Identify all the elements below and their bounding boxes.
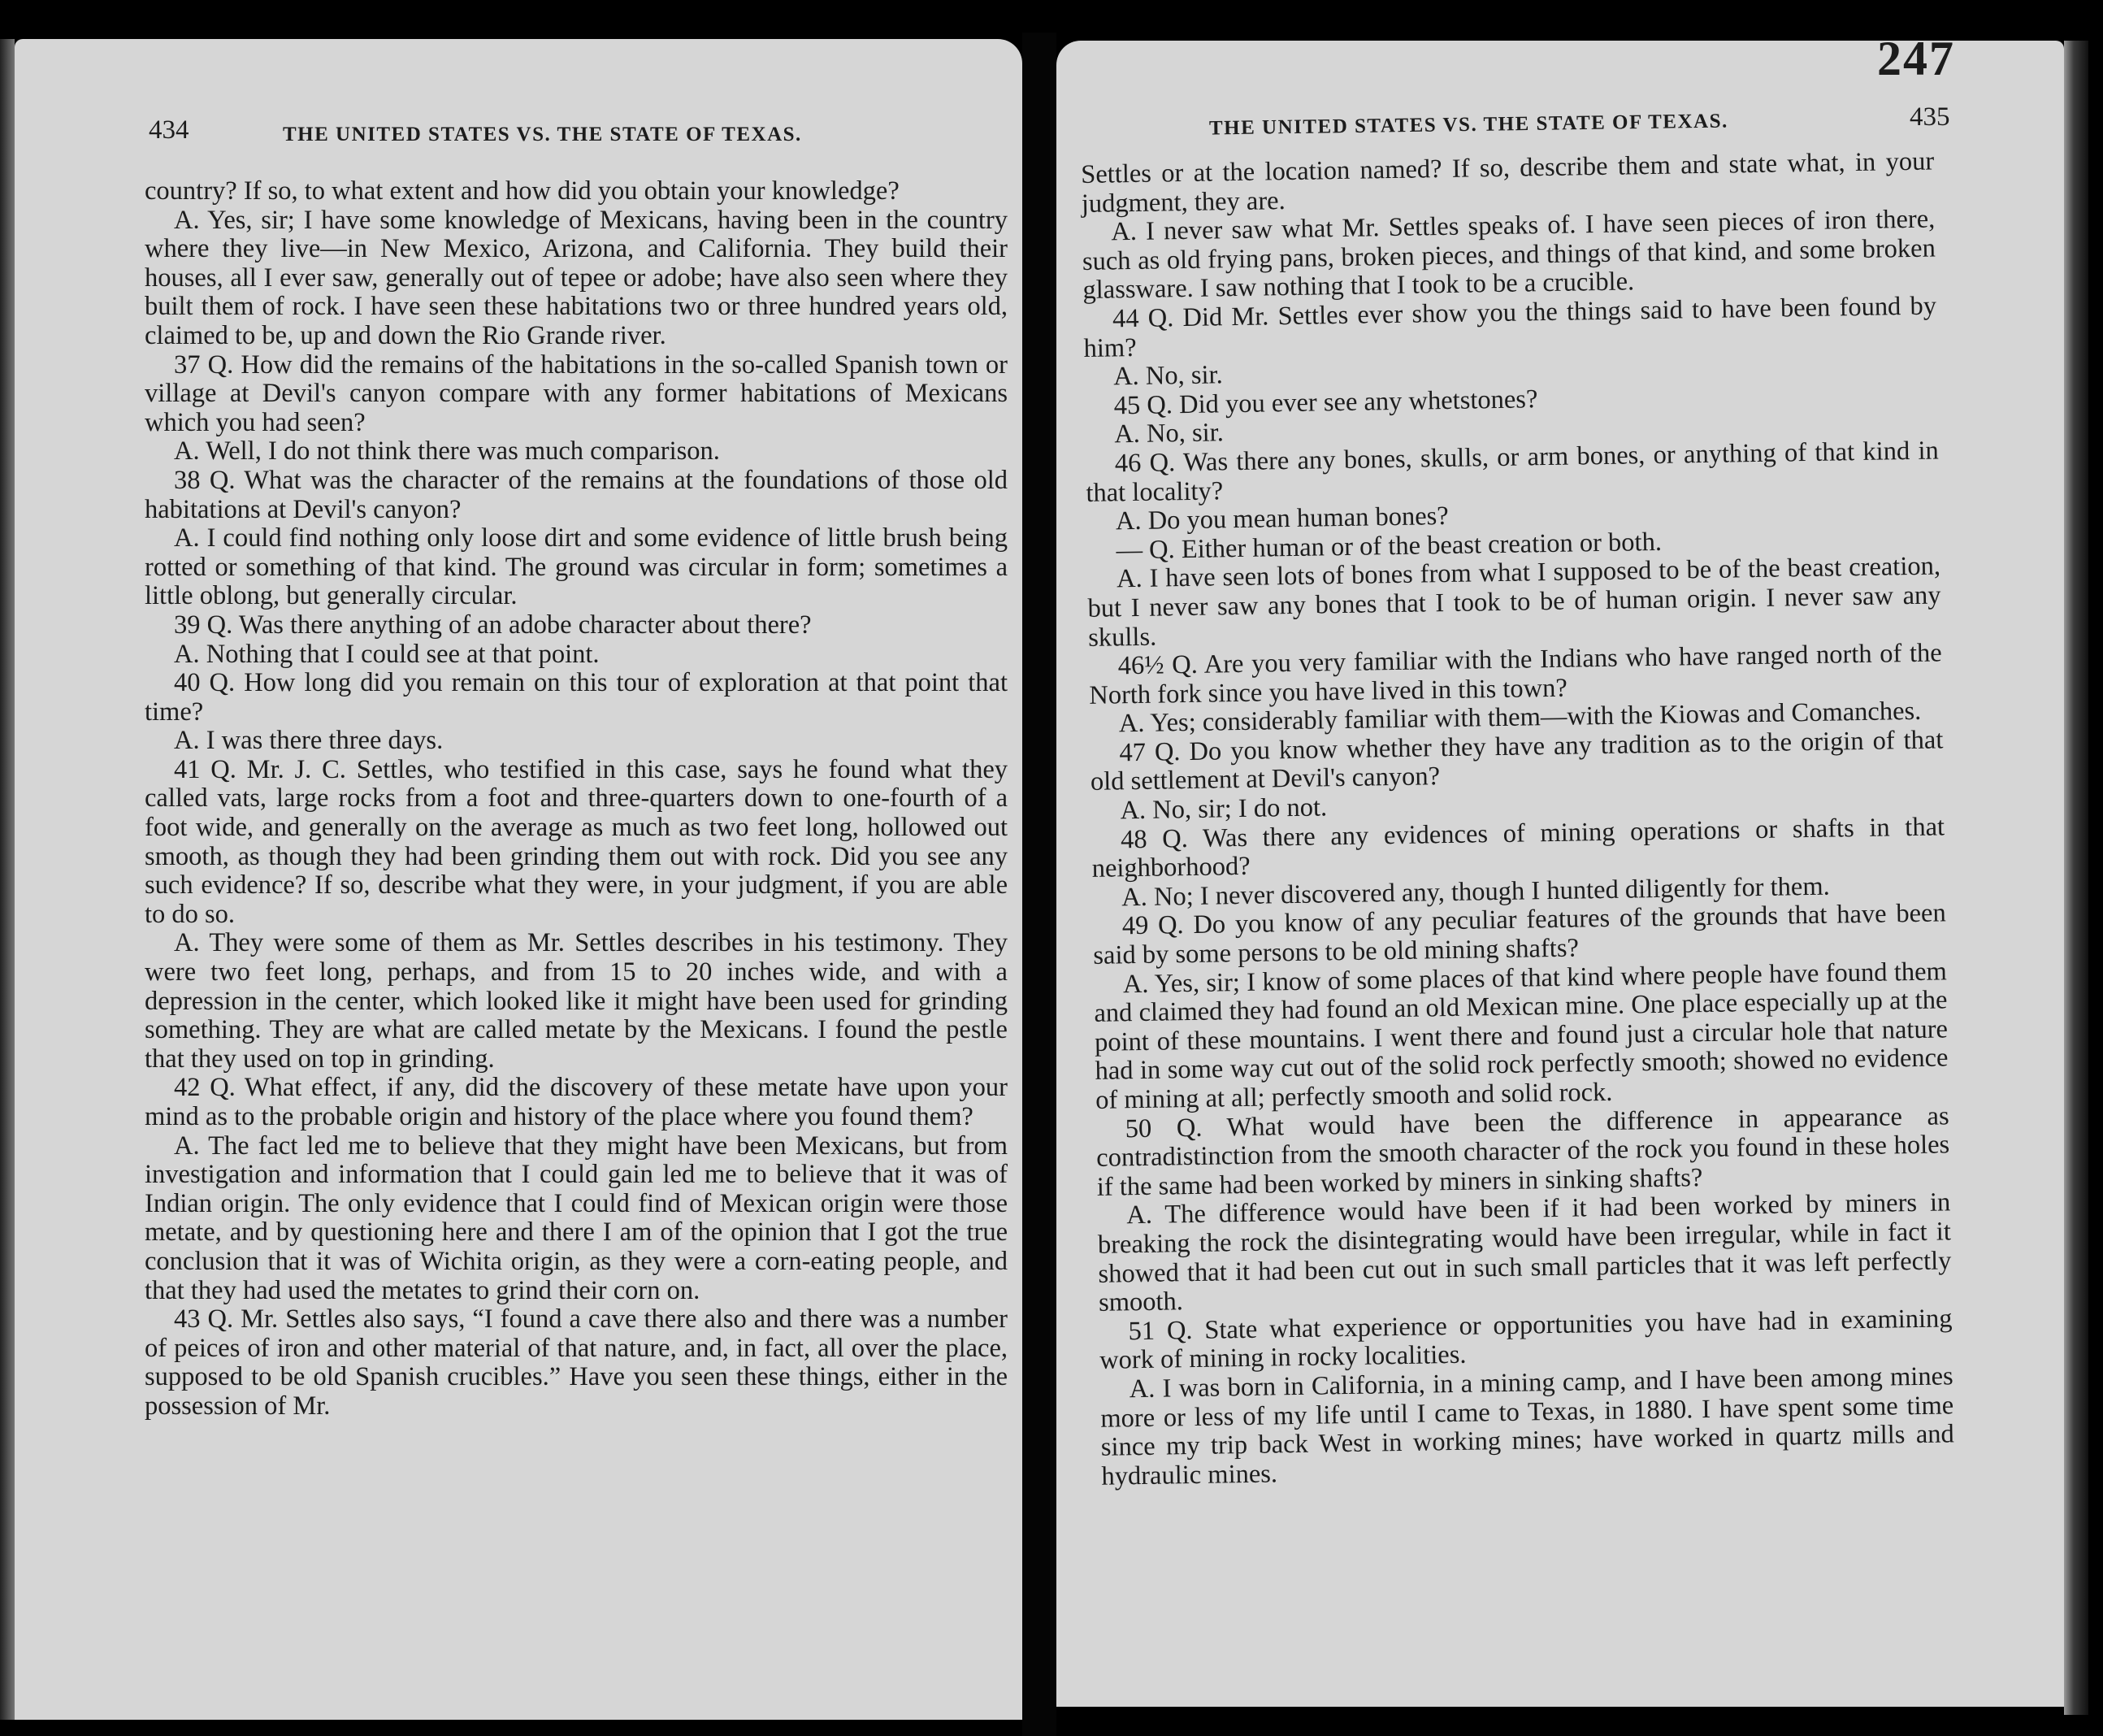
paragraph: 50 Q. What would have been the differenc… xyxy=(1095,1102,1950,1202)
page-number: 434 xyxy=(149,115,189,145)
paragraph: 38 Q. What was the character of the rema… xyxy=(145,467,1008,524)
paragraph: A. Well, I do not think there was much c… xyxy=(145,437,1008,467)
paragraph: country? If so, to what extent and how d… xyxy=(145,177,1008,206)
paragraph: 43 Q. Mr. Settles also says, “I found a … xyxy=(145,1305,1008,1421)
paragraph: 41 Q. Mr. J. C. Settles, who testified i… xyxy=(145,756,1008,930)
right-page: 247 THE UNITED STATES VS. THE STATE OF T… xyxy=(1056,41,2064,1707)
running-head: THE UNITED STATES VS. THE STATE OF TEXAS… xyxy=(283,124,802,146)
paragraph: A. I was born in California, in a mining… xyxy=(1099,1362,1954,1491)
paragraph: A. Yes, sir; I have some knowledge of Me… xyxy=(145,206,1008,351)
running-head: THE UNITED STATES VS. THE STATE OF TEXAS… xyxy=(1209,111,1728,141)
book-edge-left xyxy=(0,39,15,1720)
paragraph: 40 Q. How long did you remain on this to… xyxy=(145,669,1008,727)
paragraph: A. I have seen lots of bones from what I… xyxy=(1087,553,1942,653)
paragraph: 37 Q. How did the remains of the habitat… xyxy=(145,351,1008,438)
page-body: country? If so, to what extent and how d… xyxy=(145,177,1008,1421)
page-number: 435 xyxy=(1910,102,1950,132)
paragraph: A. I was there three days. xyxy=(145,727,1008,756)
left-page: 434 THE UNITED STATES VS. THE STATE OF T… xyxy=(15,39,1022,1720)
book-gutter xyxy=(1022,33,1056,1736)
paragraph: A. Yes, sir; I know of some places of th… xyxy=(1094,957,1949,1115)
stamp-number: 247 xyxy=(1877,31,1955,87)
paragraph: A. They were some of them as Mr. Settles… xyxy=(145,929,1008,1074)
paragraph: A. The difference would have been if it … xyxy=(1097,1189,1952,1318)
paragraph: 39 Q. Was there anything of an adobe cha… xyxy=(145,611,1008,640)
book-edge-right xyxy=(2064,41,2088,1715)
paragraph: 42 Q. What effect, if any, did the disco… xyxy=(145,1074,1008,1131)
paragraph: A. Nothing that I could see at that poin… xyxy=(145,640,1008,670)
paragraph: A. I could find nothing only loose dirt … xyxy=(145,524,1008,611)
page-body: Settles or at the location named? If so,… xyxy=(1081,148,1955,1492)
paragraph: A. I never saw what Mr. Settles speaks o… xyxy=(1082,206,1936,306)
paragraph: A. The fact led me to believe that they … xyxy=(145,1132,1008,1306)
